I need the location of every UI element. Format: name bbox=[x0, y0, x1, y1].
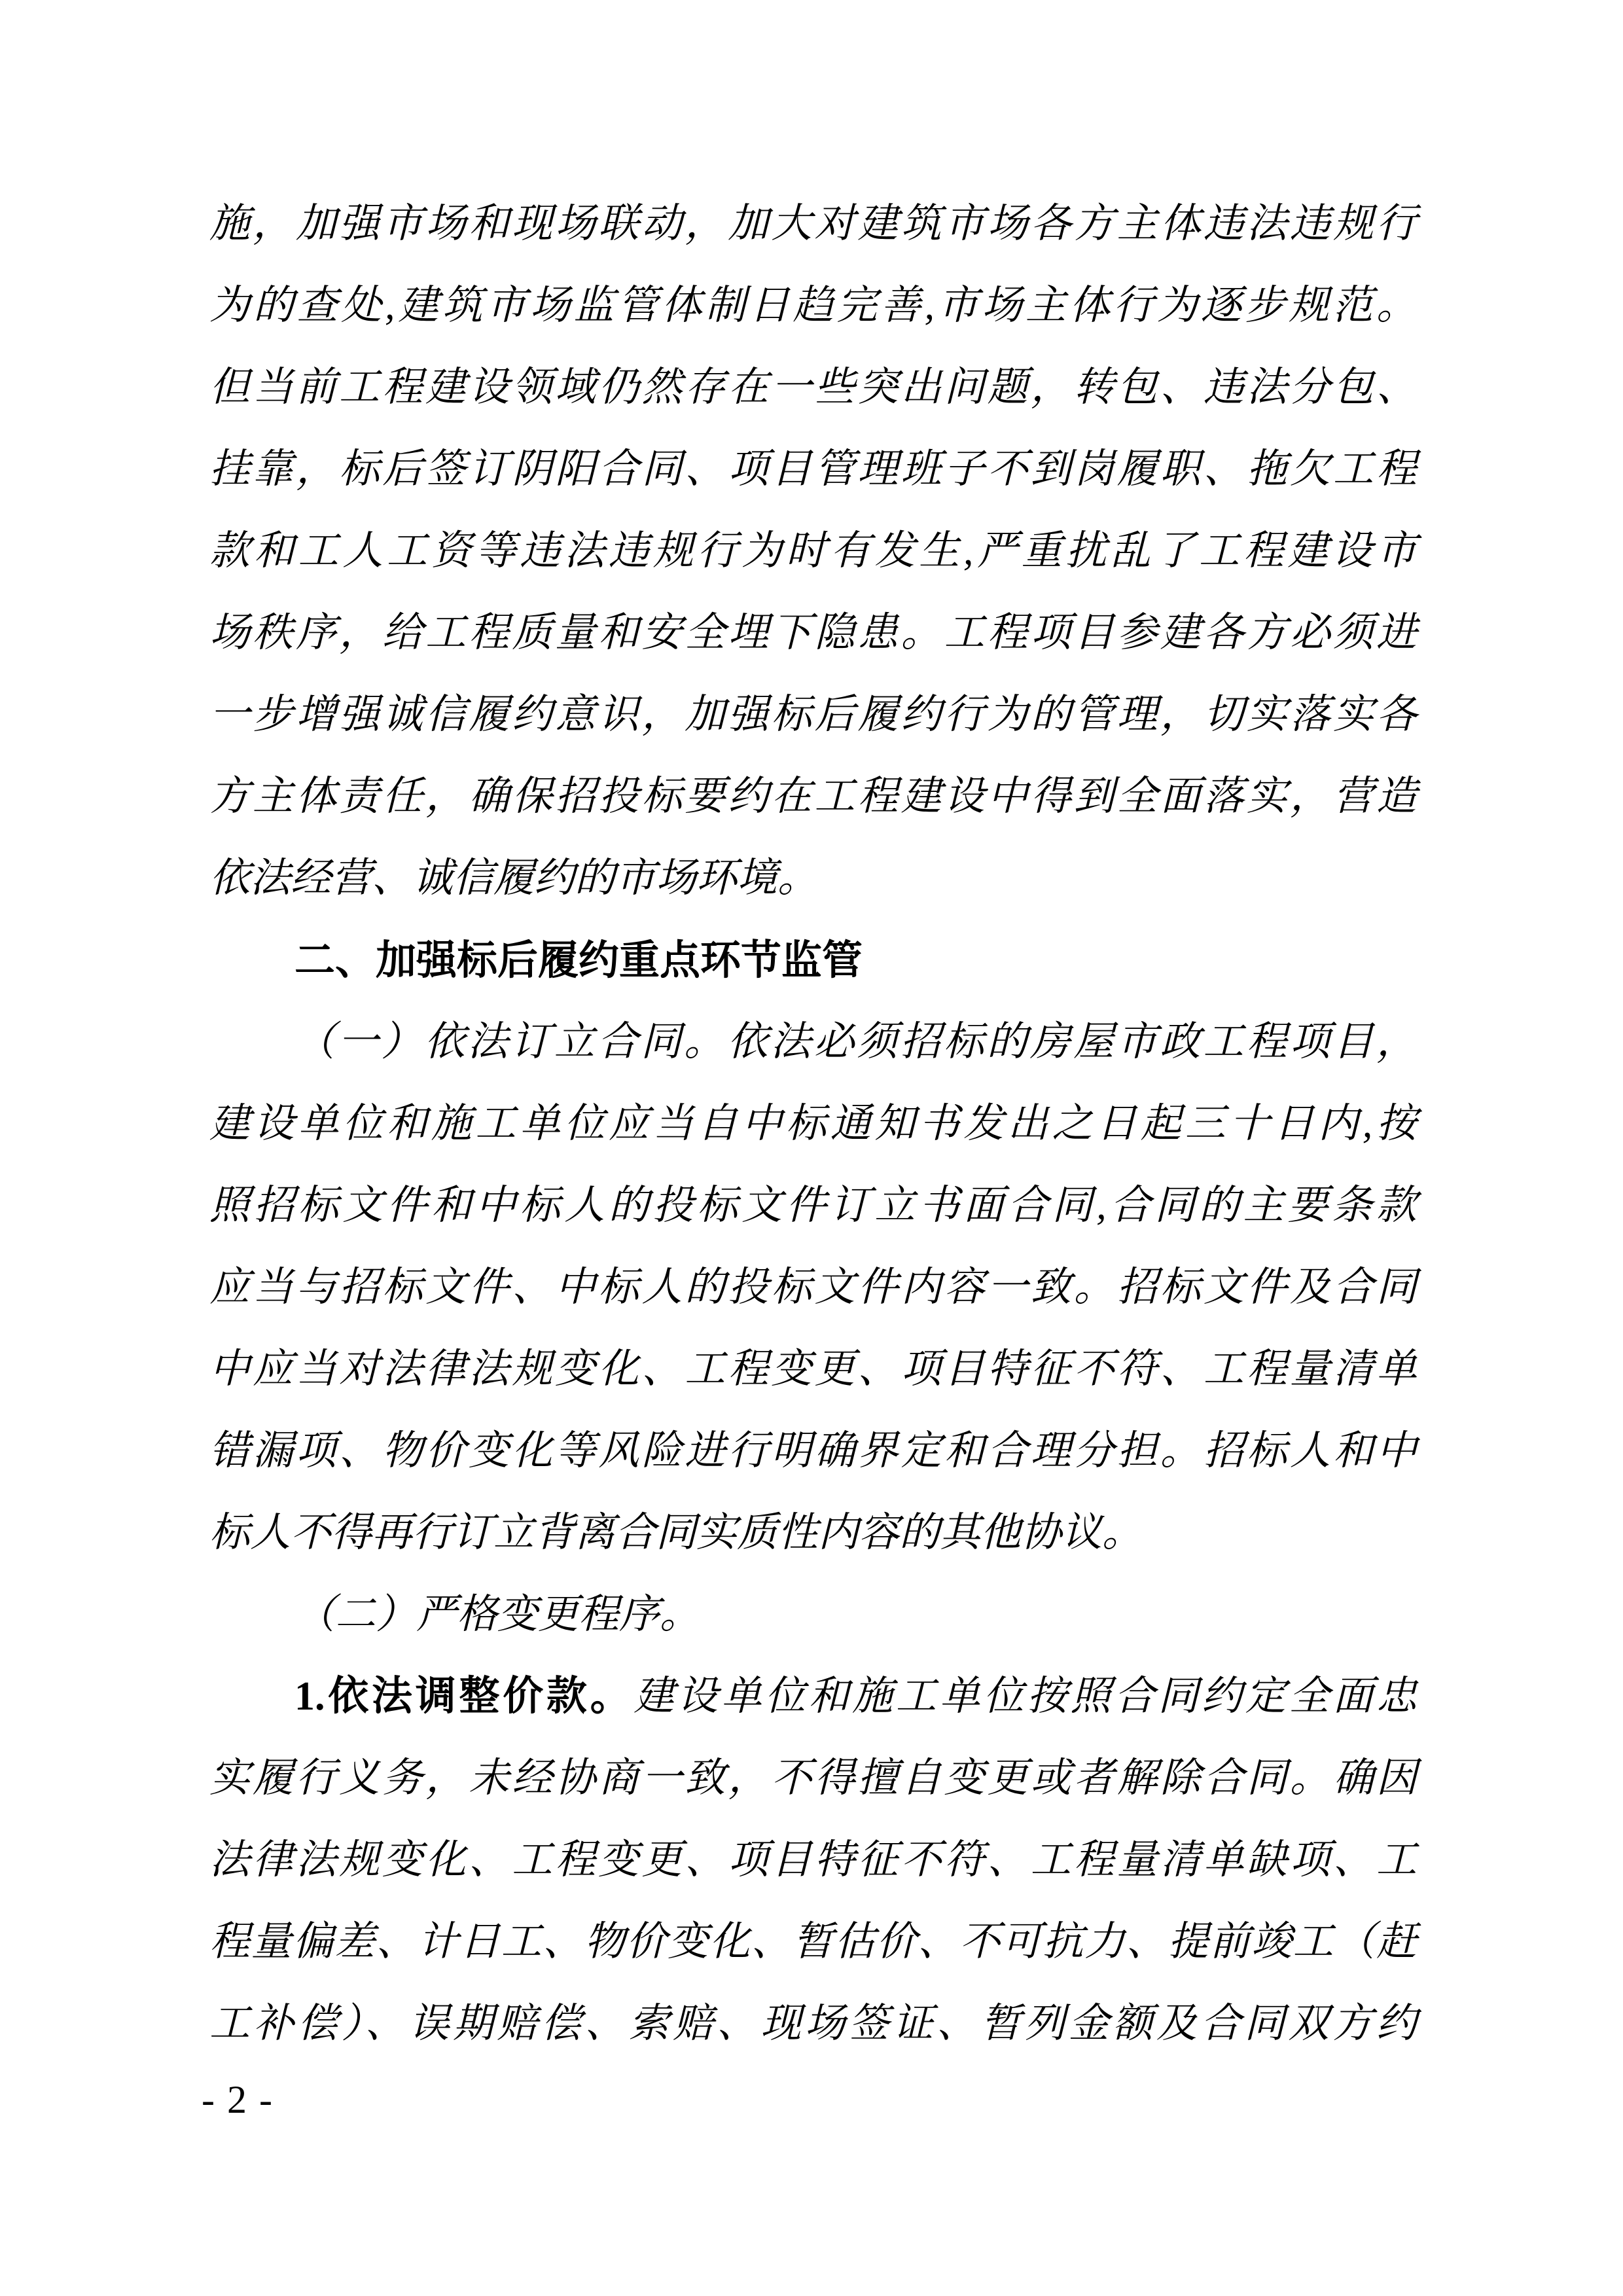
text-line: 程量偏差、计日工、物价变化、暂估价、不可抗力、提前竣工（赶 bbox=[209, 1901, 1417, 1983]
text-segment: 建设单位和施工单位按照合同约定全面忠 bbox=[633, 1674, 1417, 1719]
text-segment: 工补偿）、误期赔偿、索赔、现场签证、暂列金额及合同双方约 bbox=[209, 2001, 1417, 2046]
text-line: 中应当对法律法规变化、工程变更、项目特征不符、工程量清单 bbox=[209, 1329, 1417, 1410]
text-segment: 照招标文件和中标人的投标文件订立书面合同,合同的主要条款 bbox=[209, 1183, 1417, 1228]
text-segment: 应当与招标文件、中标人的投标文件内容一致。招标文件及合同 bbox=[209, 1265, 1417, 1310]
text-line: 场秩序，给工程质量和安全埋下隐患。工程项目参建各方必须进 bbox=[209, 592, 1417, 674]
text-line: 款和工人工资等违法违规行为时有发生,严重扰乱了工程建设市 bbox=[209, 511, 1417, 592]
page-number: - 2 - bbox=[202, 2080, 274, 2119]
text-line: 应当与招标文件、中标人的投标文件内容一致。招标文件及合同 bbox=[209, 1247, 1417, 1329]
text-line: （一）依法订立合同。依法必须招标的房屋市政工程项目， bbox=[209, 1001, 1417, 1083]
text-line: 1.依法调整价款。建设单位和施工单位按照合同约定全面忠 bbox=[209, 1656, 1417, 1738]
text-segment: 款和工人工资等违法违规行为时有发生,严重扰乱了工程建设市 bbox=[209, 529, 1417, 573]
text-segment: 挂靠，标后签订阴阳合同、项目管理班子不到岗履职、拖欠工程 bbox=[209, 447, 1417, 492]
text-segment: 法律法规变化、工程变更、项目特征不符、工程量清单缺项、工 bbox=[209, 1838, 1417, 1882]
text-segment: 程量偏差、计日工、物价变化、暂估价、不可抗力、提前竣工（赶 bbox=[209, 1920, 1417, 1964]
text-segment: 1.依法调整价款。 bbox=[294, 1674, 633, 1719]
text-segment: 为的查处,建筑市场监管体制日趋完善,市场主体行为逐步规范。 bbox=[209, 283, 1417, 328]
text-block: 施，加强市场和现场联动，加大对建筑市场各方主体违法违规行为的查处,建筑市场监管体… bbox=[209, 183, 1417, 2065]
text-line: 依法经营、诚信履约的市场环境。 bbox=[209, 838, 1417, 920]
text-segment: 依法经营、诚信履约的市场环境。 bbox=[209, 856, 818, 901]
text-segment: （二）严格变更程序。 bbox=[294, 1592, 700, 1637]
text-line: 实履行义务，未经协商一致，不得擅自变更或者解除合同。确因 bbox=[209, 1738, 1417, 1820]
text-line: （二）严格变更程序。 bbox=[209, 1574, 1417, 1656]
text-line: 错漏项、物价变化等风险进行明确界定和合理分担。招标人和中 bbox=[209, 1410, 1417, 1492]
text-segment: 实履行义务，未经协商一致，不得擅自变更或者解除合同。确因 bbox=[209, 1756, 1417, 1801]
text-segment: （一）依法订立合同。依法必须招标的房屋市政工程项目， bbox=[294, 1020, 1417, 1064]
text-segment: 方主体责任，确保招投标要约在工程建设中得到全面落实，营造 bbox=[209, 774, 1417, 819]
text-segment: 标人不得再行订立背离合同实质性内容的其他协议。 bbox=[209, 1511, 1143, 1555]
text-segment: 错漏项、物价变化等风险进行明确界定和合理分担。招标人和中 bbox=[209, 1429, 1417, 1473]
text-line: 建设单位和施工单位应当自中标通知书发出之日起三十日内,按 bbox=[209, 1083, 1417, 1165]
text-segment: 一步增强诚信履约意识，加强标后履约行为的管理，切实落实各 bbox=[209, 692, 1417, 737]
text-line: 标人不得再行订立背离合同实质性内容的其他协议。 bbox=[209, 1492, 1417, 1574]
text-line: 工补偿）、误期赔偿、索赔、现场签证、暂列金额及合同双方约 bbox=[209, 1983, 1417, 2065]
text-line: 挂靠，标后签订阴阳合同、项目管理班子不到岗履职、拖欠工程 bbox=[209, 429, 1417, 511]
text-line: 施，加强市场和现场联动，加大对建筑市场各方主体违法违规行 bbox=[209, 183, 1417, 265]
text-line: 为的查处,建筑市场监管体制日趋完善,市场主体行为逐步规范。 bbox=[209, 265, 1417, 347]
section-heading-text: 二、加强标后履约重点环节监管 bbox=[294, 938, 863, 983]
document-page: 施，加强市场和现场联动，加大对建筑市场各方主体违法违规行为的查处,建筑市场监管体… bbox=[0, 0, 1623, 2296]
text-segment: 施，加强市场和现场联动，加大对建筑市场各方主体违法违规行 bbox=[209, 202, 1417, 246]
text-line: 照招标文件和中标人的投标文件订立书面合同,合同的主要条款 bbox=[209, 1165, 1417, 1247]
text-line: 法律法规变化、工程变更、项目特征不符、工程量清单缺项、工 bbox=[209, 1820, 1417, 1901]
text-line: 方主体责任，确保招投标要约在工程建设中得到全面落实，营造 bbox=[209, 756, 1417, 838]
text-segment: 建设单位和施工单位应当自中标通知书发出之日起三十日内,按 bbox=[209, 1102, 1417, 1146]
text-segment: 中应当对法律法规变化、工程变更、项目特征不符、工程量清单 bbox=[209, 1347, 1417, 1391]
text-line: 一步增强诚信履约意识，加强标后履约行为的管理，切实落实各 bbox=[209, 674, 1417, 756]
text-segment: 但当前工程建设领域仍然存在一些突出问题，转包、违法分包、 bbox=[209, 365, 1417, 410]
text-segment: 场秩序，给工程质量和安全埋下隐患。工程项目参建各方必须进 bbox=[209, 611, 1417, 655]
text-line: 但当前工程建设领域仍然存在一些突出问题，转包、违法分包、 bbox=[209, 347, 1417, 429]
section-heading: 二、加强标后履约重点环节监管 bbox=[209, 920, 1417, 1001]
